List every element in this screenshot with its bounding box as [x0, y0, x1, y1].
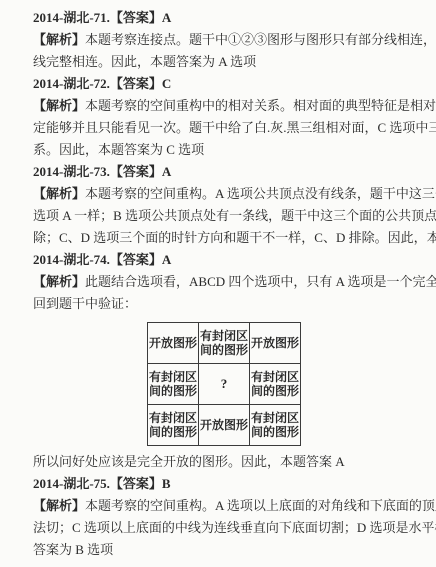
question-block-75: 2014-湖北-75.【答案】B 【解析】本题考察的空间重构。A 选项以上底面的…: [33, 473, 414, 561]
analysis-line: 【解析】本题考察的空间重构中的相对关系。相对面的典型特征是相对面在立体图形里面一: [33, 95, 414, 117]
question-71-heading: 2014-湖北-71.【答案】A: [33, 7, 414, 29]
question-mark-cell: ?: [199, 364, 250, 405]
question-block-73: 2014-湖北-73.【答案】A 【解析】本题考察的空间重构。A 选项公共顶点没…: [33, 161, 414, 249]
analysis-line: 【解析】本题考察的空间重构。A 选项以上底面的对角线和下底面的顶点为切面；B 选…: [33, 495, 414, 517]
analysis-text: 本题考察连接点。题干中①②③图形与图形只有部分线相连，④⑤⑥图形与图形是: [85, 32, 436, 47]
analysis-line: 回到题干中验证：: [33, 293, 414, 315]
analysis-text: 本题考察的空间重构。A 选项以上底面的对角线和下底面的顶点为切面；B 选项无: [85, 498, 436, 513]
question-block-72: 2014-湖北-72.【答案】C 【解析】本题考察的空间重构中的相对关系。相对面…: [33, 73, 414, 161]
analysis-line: 线完整相连。因此，本题答案为 A 选项: [33, 51, 414, 73]
table-row: 有封闭区间的图形 ? 有封闭区间的图形: [148, 364, 301, 405]
analysis-line: 选项 A 一样；B 选项公共顶点处有一条线，题干中这三个面的公共顶点处有两条线，…: [33, 205, 414, 227]
analysis-label: 【解析】: [33, 274, 85, 289]
table-cell: 有封闭区间的图形: [148, 405, 199, 446]
verification-table: 开放图形 有封闭区间的图形 开放图形 有封闭区间的图形 ? 有封闭区间的图形 有…: [147, 322, 301, 446]
document-page: 2014-湖北-71.【答案】A 【解析】本题考察连接点。题干中①②③图形与图形…: [0, 0, 436, 567]
analysis-text: 此题结合选项看，ABCD 四个选项中，只有 A 选项是一个完全开放的图形，因此: [85, 274, 436, 289]
conclusion-line: 所以问好处应该是完全开放的图形。因此，本题答案 A: [33, 451, 414, 473]
question-73-heading: 2014-湖北-73.【答案】A: [33, 161, 414, 183]
analysis-line: 【解析】本题考察连接点。题干中①②③图形与图形只有部分线相连，④⑤⑥图形与图形是: [33, 29, 414, 51]
question-block-71: 2014-湖北-71.【答案】A 【解析】本题考察连接点。题干中①②③图形与图形…: [33, 7, 414, 73]
question-74-heading: 2014-湖北-74.【答案】A: [33, 249, 414, 271]
table-cell: 开放图形: [250, 323, 301, 364]
analysis-line: 定能够并且只能看见一次。题干中给了白.灰.黑三组相对面，C 选项中三组白.灰.黑…: [33, 117, 414, 139]
analysis-label: 【解析】: [33, 186, 85, 201]
question-75-heading: 2014-湖北-75.【答案】B: [33, 473, 414, 495]
analysis-label: 【解析】: [33, 498, 85, 513]
question-72-heading: 2014-湖北-72.【答案】C: [33, 73, 414, 95]
question-block-74: 2014-湖北-74.【答案】A 【解析】此题结合选项看，ABCD 四个选项中，…: [33, 249, 414, 473]
analysis-line: 法切；C 选项以上底面的中线为连线垂直向下底面切割；D 选项是水平横切面。因此，…: [33, 517, 414, 539]
table-row: 有封闭区间的图形 开放图形 有封闭区间的图形: [148, 405, 301, 446]
table-cell: 有封闭区间的图形: [199, 323, 250, 364]
analysis-text: 本题考察的空间重构中的相对关系。相对面的典型特征是相对面在立体图形里面一: [85, 98, 436, 113]
analysis-line: 系。因此，本题答案为 C 选项: [33, 139, 414, 161]
analysis-text: 本题考察的空间重构。A 选项公共顶点没有线条，题干中这三个面的公共顶点处和: [85, 186, 436, 201]
table-cell: 有封闭区间的图形: [148, 364, 199, 405]
table-row: 开放图形 有封闭区间的图形 开放图形: [148, 323, 301, 364]
table-cell: 有封闭区间的图形: [250, 405, 301, 446]
analysis-line: 【解析】本题考察的空间重构。A 选项公共顶点没有线条，题干中这三个面的公共顶点处…: [33, 183, 414, 205]
analysis-line: 除；C、D 选项三个面的时针方向和题干不一样，C、D 排除。因此，本题答案为 A…: [33, 227, 414, 249]
analysis-label: 【解析】: [33, 98, 85, 113]
analysis-line: 答案为 B 选项: [33, 539, 414, 561]
table-cell: 开放图形: [148, 323, 199, 364]
table-cell: 开放图形: [199, 405, 250, 446]
table-cell: 有封闭区间的图形: [250, 364, 301, 405]
analysis-label: 【解析】: [33, 32, 85, 47]
analysis-line: 【解析】此题结合选项看，ABCD 四个选项中，只有 A 选项是一个完全开放的图形…: [33, 271, 414, 293]
